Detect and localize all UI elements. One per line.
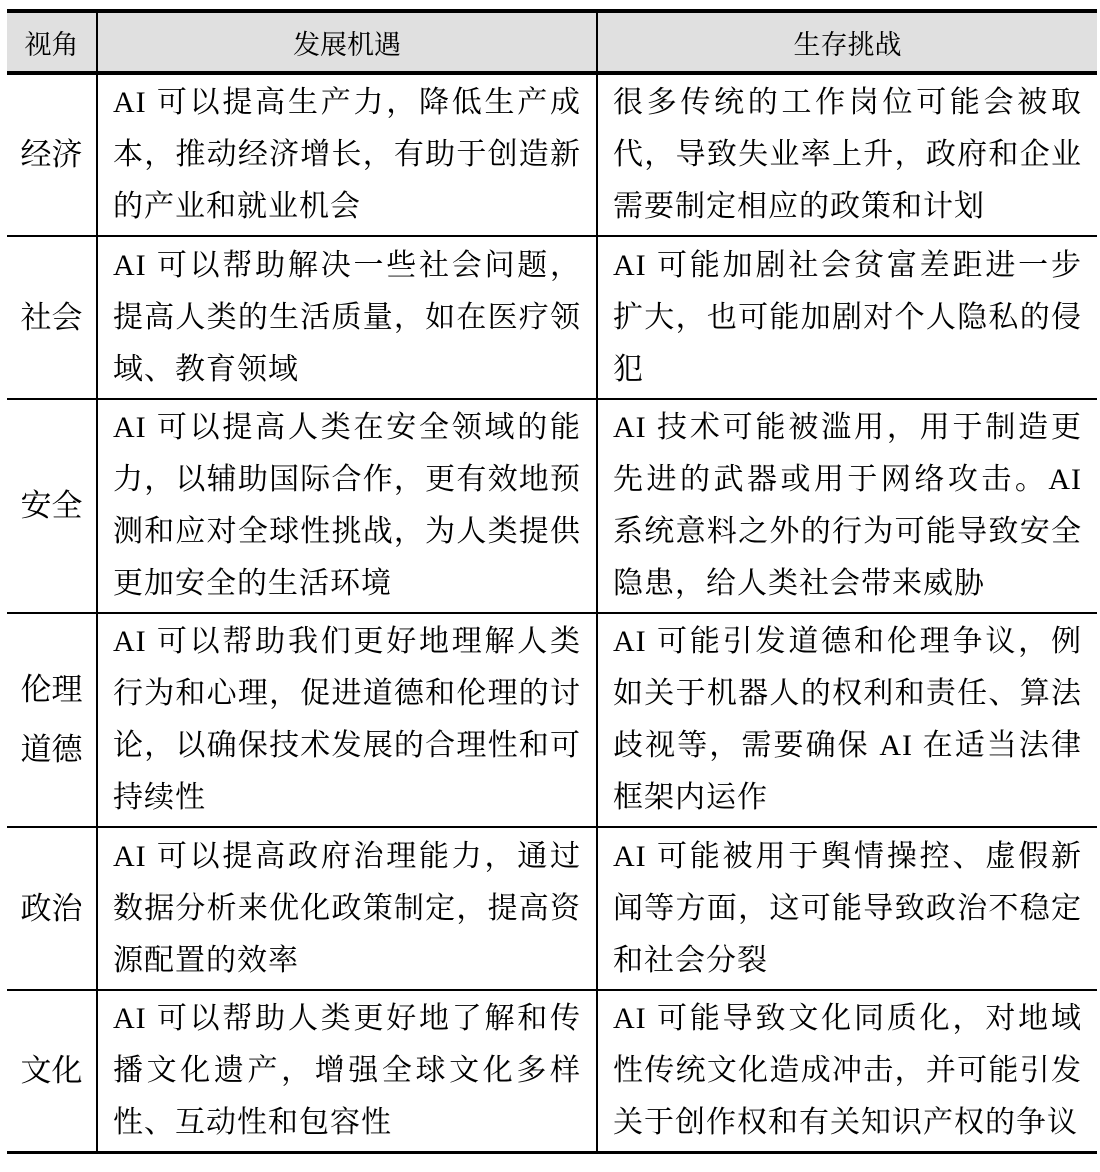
column-header-challenge: 生存挑战 [597, 11, 1097, 73]
table-row-society: 社会 AI 可以帮助解决一些社会问题，提高人类的生活质量，如在医疗领域、教育领域… [7, 236, 1097, 399]
perspective-label: 文化 [7, 990, 97, 1153]
challenge-cell: 很多传统的工作岗位可能会被取代，导致失业率上升，政府和企业需要制定相应的政策和计… [597, 73, 1097, 236]
perspective-label: 经济 [7, 73, 97, 236]
challenge-cell: AI 可能被用于舆情操控、虚假新闻等方面，这可能导致政治不稳定和社会分裂 [597, 827, 1097, 990]
challenge-cell: AI 可能导致文化同质化，对地域性传统文化造成冲击，并可能引发关于创作权和有关知… [597, 990, 1097, 1153]
table-row-politics: 政治 AI 可以提高政府治理能力，通过数据分析来优化政策制定，提高资源配置的效率… [7, 827, 1097, 990]
column-header-perspective: 视角 [7, 11, 97, 73]
ai-impact-table: 视角 发展机遇 生存挑战 经济 AI 可以提高生产力，降低生产成本，推动经济增长… [7, 9, 1097, 1154]
column-header-opportunity: 发展机遇 [97, 11, 597, 73]
opportunity-cell: AI 可以帮助我们更好地理解人类行为和心理，促进道德和伦理的讨论，以确保技术发展… [97, 613, 597, 827]
table-row-security: 安全 AI 可以提高人类在安全领域的能力，以辅助国际合作，更有效地预测和应对全球… [7, 399, 1097, 613]
table-row-culture: 文化 AI 可以帮助人类更好地了解和传播文化遗产，增强全球文化多样性、互动性和包… [7, 990, 1097, 1153]
opportunity-cell: AI 可以提高人类在安全领域的能力，以辅助国际合作，更有效地预测和应对全球性挑战… [97, 399, 597, 613]
table-row-ethics: 伦理道德 AI 可以帮助我们更好地理解人类行为和心理，促进道德和伦理的讨论，以确… [7, 613, 1097, 827]
perspective-label: 政治 [7, 827, 97, 990]
opportunity-cell: AI 可以提高政府治理能力，通过数据分析来优化政策制定，提高资源配置的效率 [97, 827, 597, 990]
opportunity-cell: AI 可以帮助解决一些社会问题，提高人类的生活质量，如在医疗领域、教育领域 [97, 236, 597, 399]
table-row-economy: 经济 AI 可以提高生产力，降低生产成本，推动经济增长，有助于创造新的产业和就业… [7, 73, 1097, 236]
opportunity-cell: AI 可以提高生产力，降低生产成本，推动经济增长，有助于创造新的产业和就业机会 [97, 73, 597, 236]
table-header-row: 视角 发展机遇 生存挑战 [7, 11, 1097, 73]
challenge-cell: AI 技术可能被滥用，用于制造更先进的武器或用于网络攻击。AI 系统意料之外的行… [597, 399, 1097, 613]
perspective-label: 安全 [7, 399, 97, 613]
challenge-cell: AI 可能引发道德和伦理争议，例如关于机器人的权利和责任、算法歧视等，需要确保 … [597, 613, 1097, 827]
perspective-label: 社会 [7, 236, 97, 399]
challenge-cell: AI 可能加剧社会贫富差距进一步扩大，也可能加剧对个人隐私的侵犯 [597, 236, 1097, 399]
perspective-label: 伦理道德 [7, 613, 97, 827]
opportunity-cell: AI 可以帮助人类更好地了解和传播文化遗产，增强全球文化多样性、互动性和包容性 [97, 990, 597, 1153]
